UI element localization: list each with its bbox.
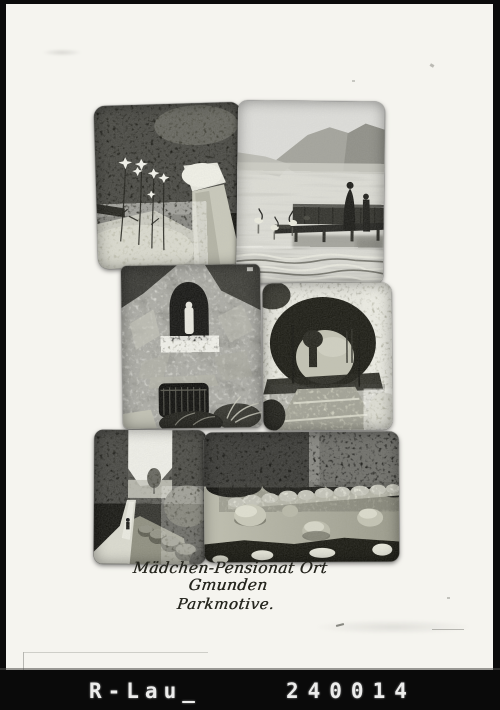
- photo-6-artwork: [204, 431, 400, 562]
- photo-lake-pier-with-swans: [236, 100, 385, 285]
- film-code-right: 240014: [286, 679, 416, 703]
- card-smudge: [42, 49, 82, 56]
- caption-line-1: Mädchen-Pensionat Ort Gmunden: [101, 560, 357, 594]
- photo-card: Mädchen-Pensionat Ort Gmunden Parkmotive…: [6, 4, 493, 670]
- handwritten-caption: Mädchen-Pensionat Ort Gmunden Parkmotive…: [99, 560, 357, 612]
- film-code-left: R-Lau_: [89, 679, 201, 703]
- card-inner-edge: [23, 652, 208, 653]
- photo-avenue-path-with-figure: [94, 430, 207, 565]
- film-strip-edge: [0, 668, 500, 670]
- card-speck: [430, 63, 435, 68]
- photo-3-artwork: [121, 264, 262, 429]
- photo-4-artwork: [262, 283, 392, 431]
- film-strip: R-Lau_ 240014: [0, 670, 500, 710]
- photo-park-path-with-lilies: [94, 102, 246, 269]
- card-speck: [352, 80, 355, 82]
- card-scratch: [432, 629, 464, 630]
- card-speck: [447, 597, 450, 599]
- photo-2-artwork: [236, 100, 385, 285]
- film-scan: Mädchen-Pensionat Ort Gmunden Parkmotive…: [0, 0, 500, 710]
- photo-grotto-with-statue: [121, 264, 262, 429]
- card-smudge: [318, 620, 468, 634]
- caption-line-2: Parkmotive.: [99, 596, 353, 612]
- photo-tree-archway-path: [262, 283, 392, 431]
- photo-5-artwork: [94, 430, 207, 565]
- photo-flower-bed-lawn: [204, 431, 400, 562]
- photo-1-artwork: [94, 102, 246, 269]
